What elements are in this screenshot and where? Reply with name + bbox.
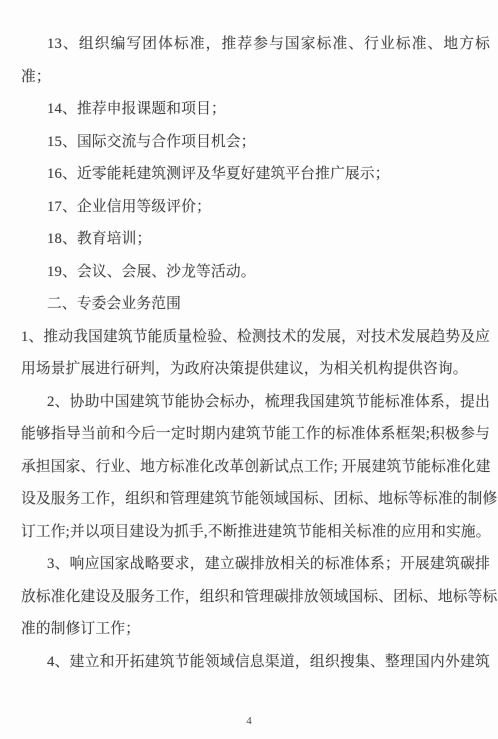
para-2-line1: 2、协助中国建筑节能协会标办，梳理我国建筑节能标准体系，提出 (21, 386, 490, 419)
para-2-line4: 设及服务工作，组织和管理建筑节能领域国标、团标、地标等标准的制修 (21, 483, 490, 516)
list-item-13-line2: 准； (21, 61, 490, 94)
list-item-14: 14、推荐申报课题和项目； (21, 93, 490, 126)
para-2-line5: 订工作;并以项目建设为抓手,不断推进建筑节能相关标准的应用和实施。 (21, 516, 490, 549)
para-1-line1: 1、推动我国建筑节能质量检验、检测技术的发展，对技术发展趋势及应 (21, 321, 490, 354)
para-2-line2: 能够指导当前和今后一定时期内建筑节能工作的标准体系框架;积极参与 (21, 418, 490, 451)
para-3-line2: 放标准化建设及服务工作，组织和管理碳排放领域国标、团标、地标等标 (21, 581, 490, 614)
list-item-16: 16、近零能耗建筑测评及华夏好建筑平台推广展示； (21, 158, 490, 191)
list-item-19: 19、会议、会展、沙龙等活动。 (21, 256, 490, 289)
document-page: 13、组织编写团体标准，推荐参与国家标准、行业标准、地方标 准； 14、推荐申报… (0, 0, 498, 739)
para-3-line1: 3、响应国家战略要求，建立碳排放相关的标准体系；开展建筑碳排 (21, 548, 490, 581)
page-number: 4 (0, 715, 498, 727)
list-item-17: 17、企业信用等级评价； (21, 191, 490, 224)
para-3-line3: 准的制修订工作； (21, 613, 490, 646)
list-item-18: 18、教育培训； (21, 223, 490, 256)
para-2-line3: 承担国家、行业、地方标准化改革创新试点工作; 开展建筑节能标准化建 (21, 451, 490, 484)
section-2-heading: 二、专委会业务范围 (21, 288, 490, 321)
para-1-line2: 用场景扩展进行研判，为政府决策提供建议，为相关机构提供咨询。 (21, 353, 490, 386)
para-4-line1: 4、建立和开拓建筑节能领域信息渠道，组织搜集、整理国内外建筑 (21, 646, 490, 679)
list-item-15: 15、国际交流与合作项目机会； (21, 126, 490, 159)
document-body: 13、组织编写团体标准，推荐参与国家标准、行业标准、地方标 准； 14、推荐申报… (0, 0, 498, 678)
list-item-13-line1: 13、组织编写团体标准，推荐参与国家标准、行业标准、地方标 (21, 28, 490, 61)
